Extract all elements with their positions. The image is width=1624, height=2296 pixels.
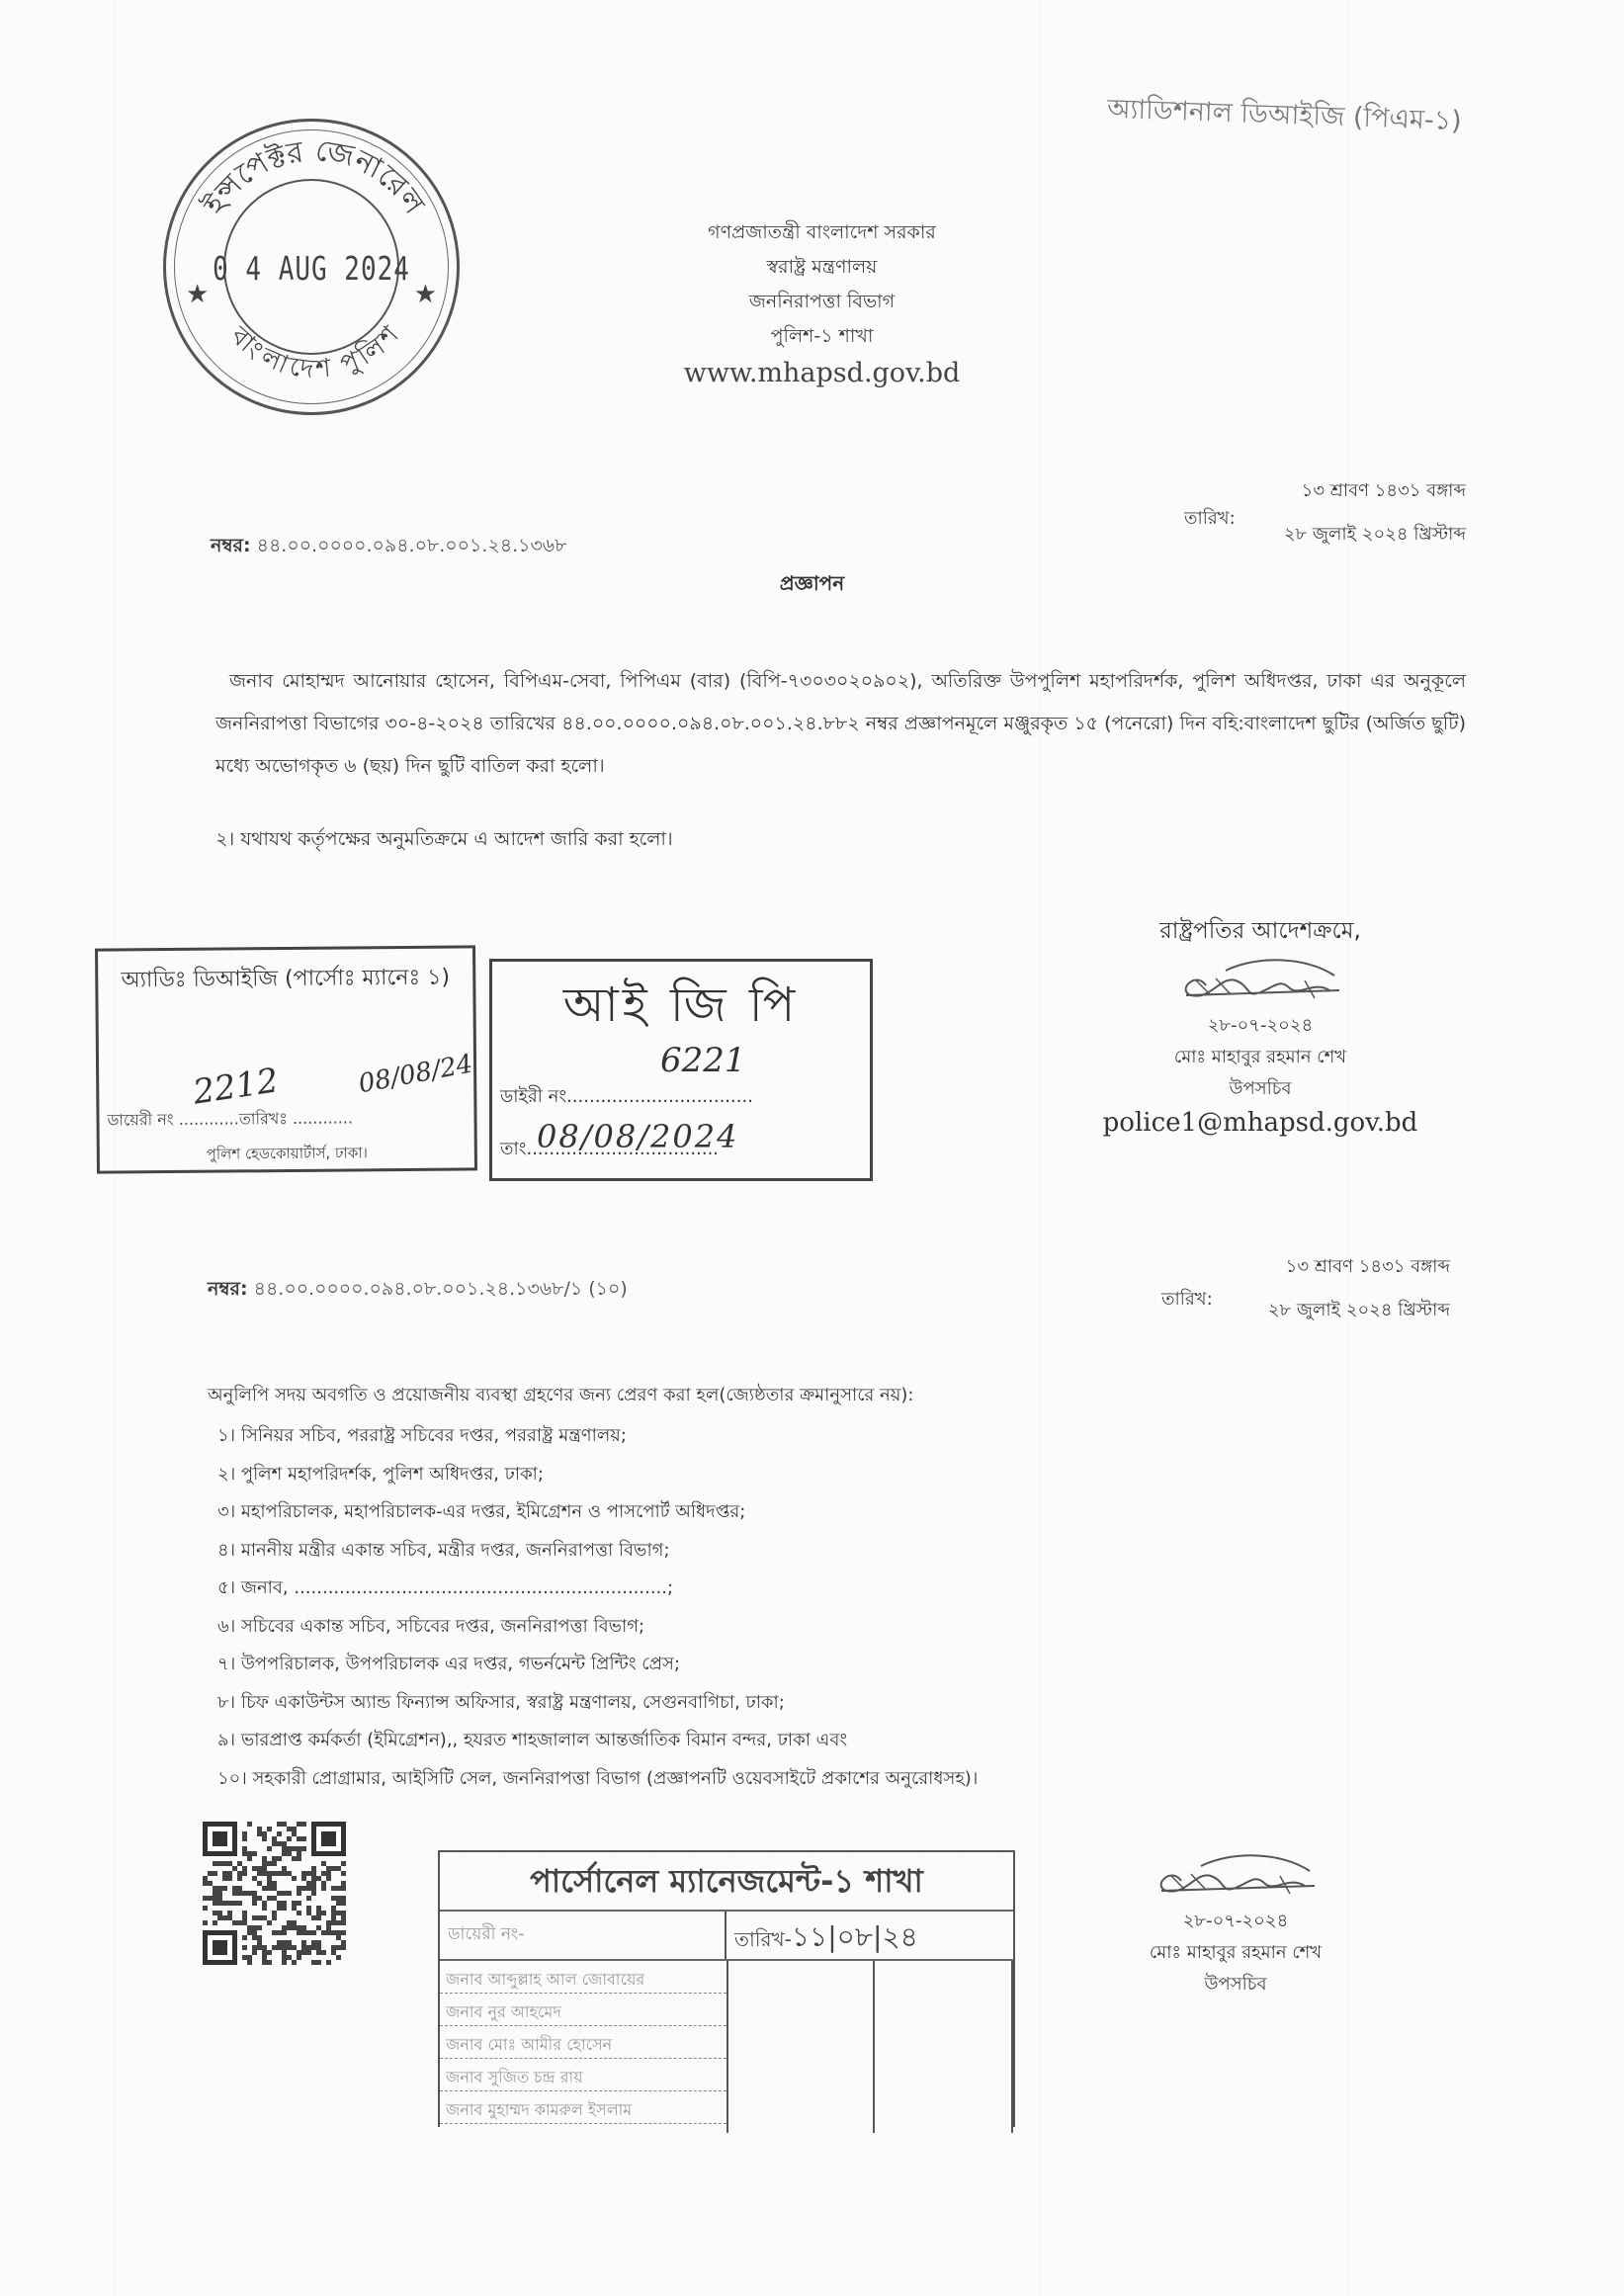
empty-column: [728, 1961, 875, 2133]
signature-block-copy: ২৮-০৭-২০২৪ মোঃ মাহাবুর রহমান শেখ উপসচিব: [1077, 1846, 1394, 2000]
diary-line: ডাইরী নং................................…: [500, 1082, 753, 1113]
officer-name: জনাব আব্দুল্লাহ আল জোবায়ের: [440, 1961, 727, 1994]
header-ministry: স্বরাষ্ট্র মন্ত্রণালয়: [0, 250, 1624, 285]
signature-date: ২৮-০৭-২০২৪: [1077, 1906, 1394, 1937]
signature-icon: [1166, 951, 1354, 1010]
stamp-title: পার্সোনেল ম্যানেজমেন্ট-১ শাখা: [440, 1852, 1013, 1912]
header-website[interactable]: www.mhapsd.gov.bd: [0, 354, 1624, 393]
list-item: ১০। সহকারী প্রোগ্রামার, আইসিটি সেল, জননি…: [217, 1760, 978, 1799]
signature-icon: [1142, 1846, 1329, 1906]
officer-name: জনাব নুর আহমেদ: [440, 1994, 727, 2026]
stamp-footer: পুলিশ হেডকোয়ার্টার্স, ঢাকা।: [100, 1141, 474, 1168]
body-paragraph: জনাব মোহাম্মদ আনোয়ার হোসেন, বিপিএম-সেবা…: [215, 660, 1466, 788]
reference-label: নম্বর:: [211, 535, 251, 556]
list-item: ৬। সচিবের একান্ত সচিব, সচিবের দপ্তর, জনন…: [217, 1608, 978, 1647]
date-bangla: ১৩ শ্রাবণ ১৪৩১ বঙ্গাব্দ: [1268, 1245, 1450, 1289]
header-branch: পুলিশ-১ শাখা: [0, 319, 1624, 354]
copy-recipient-list: ১। সিনিয়র সচিব, পররাষ্ট্র সচিবের দপ্তর,…: [217, 1417, 978, 1798]
personnel-management-stamp: পার্সোনেল ম্যানেজমেন্ট-১ শাখা ডায়েরী নং…: [438, 1850, 1015, 2127]
signature-date: ২৮-০৭-২০২৪: [1038, 1010, 1483, 1042]
date-bangla: ১৩ শ্রাবণ ১৪৩১ বঙ্গাব্দ: [1284, 469, 1466, 513]
date-gregorian: ২৮ জুলাই ২০২৪ খ্রিস্টাব্দ: [1284, 513, 1466, 556]
diary-line: ডায়েরী নং ............তারিখঃ ..........…: [107, 1105, 353, 1134]
date-gregorian: ২৮ জুলাই ২০২৪ খ্রিস্টাব্দ: [1268, 1289, 1450, 1332]
reference-number: ৪৪.০০.০০০০.০৯৪.০৮.০০১.২৪.১৩৬৮/১ (১০): [254, 1278, 628, 1300]
corner-stamp: অ্যাডিশনাল ডিআইজি (পিএম-১): [1106, 89, 1462, 145]
handwritten-date: ১১|০৮|২৪: [792, 1920, 918, 1953]
list-item: ১। সিনিয়র সচিব, পররাষ্ট্র সচিবের দপ্তর,…: [217, 1417, 978, 1456]
qr-code-icon[interactable]: [203, 1822, 346, 1965]
order-line: রাষ্ট্রপতির আদেশক্রমে,: [1038, 911, 1483, 951]
officer-name: জনাব মোঃ আমীর হোসেন: [440, 2026, 727, 2059]
officer-list: জনাব আব্দুল্লাহ আল জোবায়ের জনাব নুর আহম…: [440, 1961, 728, 2133]
handwritten-date: 08/08/24: [356, 1049, 474, 1099]
copy-date: ১৩ শ্রাবণ ১৪৩১ বঙ্গাব্দ ২৮ জুলাই ২০২৪ খ্…: [1268, 1245, 1450, 1332]
handwritten-diary-number: 6221: [660, 1041, 746, 1080]
signatory-email[interactable]: police1@mhapsd.gov.bd: [1038, 1105, 1483, 1141]
handwritten-date: 08/08/2024: [537, 1118, 738, 1155]
copy-intro: অনুলিপি সদয় অবগতি ও প্রয়োজনীয় ব্যবস্থ…: [208, 1381, 914, 1411]
government-header: গণপ্রজাতন্ত্রী বাংলাদেশ সরকার স্বরাষ্ট্র…: [0, 215, 1624, 393]
date-cell: তারিখ-১১|০৮|২৪: [727, 1912, 1013, 1959]
signatory-designation: উপসচিব: [1077, 1969, 1394, 2000]
diary-number-cell: ডায়েরী নং-: [440, 1912, 727, 1959]
svg-text:ইন্সপেক্টর জেনারেল: ইন্সপেক্টর জেনারেল: [197, 133, 432, 221]
reference-label: নম্বর:: [208, 1278, 248, 1300]
header-division: জননিরাপত্তা বিভাগ: [0, 285, 1624, 319]
list-item: ২। পুলিশ মহাপরিদর্শক, পুলিশ অধিদপ্তর, ঢা…: [217, 1456, 978, 1494]
signatory-name: মোঃ মাহাবুর রহমান শেখ: [1038, 1042, 1483, 1073]
signature-block: রাষ্ট্রপতির আদেশক্রমে, ২৮-০৭-২০২৪ মোঃ মা…: [1038, 911, 1483, 1141]
list-item: ৯। ভারপ্রাপ্ত কর্মকর্তা (ইমিগ্রেশন),, হয…: [217, 1722, 978, 1760]
stamp-header: অ্যাডিঃ ডিআইজি (পার্সোঃ ম্যানেঃ ১): [98, 960, 472, 999]
date-label: তারিখ-: [734, 1927, 792, 1951]
list-item: ৭। উপপরিচালক, উপপরিচালক এর দপ্তর, গভর্নম…: [217, 1646, 978, 1684]
stamp-header: আই জি পি: [492, 970, 870, 1048]
adig-receipt-stamp: অ্যাডিঃ ডিআইজি (পার্সোঃ ম্যানেঃ ১) 2212 …: [95, 945, 477, 1173]
seal-top-text: ইন্সপেক্টর জেনারেল: [197, 133, 432, 221]
copy-reference: নম্বর: ৪৪.০০.০০০০.০৯৪.০৮.০০১.২৪.১৩৬৮/১ (…: [208, 1275, 628, 1307]
officer-name: জনাব সুজিত চন্দ্র রায়: [440, 2059, 727, 2091]
list-item: ৮। চিফ একাউন্টস অ্যান্ড ফিন্যান্স অফিসার…: [217, 1684, 978, 1723]
list-item: ৪। মাননীয় মন্ত্রীর একান্ত সচিব, মন্ত্রী…: [217, 1532, 978, 1571]
igp-receipt-stamp: আই জি পি 6221 ডাইরী নং..................…: [489, 959, 873, 1181]
memo-reference: নম্বর: ৪৪.০০.০০০০.০৯৪.০৮.০০১.২৪.১৩৬৮: [211, 532, 566, 563]
officer-name: জনাব মুহাম্মদ কামরুল ইসলাম: [440, 2091, 727, 2124]
memo-date: ১৩ শ্রাবণ ১৪৩১ বঙ্গাব্দ ২৮ জুলাই ২০২৪ খ্…: [1284, 469, 1466, 556]
signatory-name: মোঃ মাহাবুর রহমান শেখ: [1077, 1937, 1394, 1969]
empty-column: [875, 1961, 1013, 2133]
date-label: তারিখ:: [1161, 1285, 1213, 1316]
header-government: গণপ্রজাতন্ত্রী বাংলাদেশ সরকার: [0, 215, 1624, 250]
list-item: ৩। মহাপরিচালক, মহাপরিচালক-এর দপ্তর, ইমিগ…: [217, 1493, 978, 1532]
signatory-designation: উপসচিব: [1038, 1073, 1483, 1105]
handwritten-diary-number: 2212: [191, 1061, 281, 1112]
order-paragraph: ২। যথাযথ কর্তৃপক্ষের অনুমতিক্রমে এ আদেশ …: [215, 825, 673, 857]
notice-title: প্রজ্ঞাপন: [0, 569, 1624, 602]
date-label: তারিখ:: [1184, 504, 1236, 535]
reference-number: ৪৪.০০.০০০০.০৯৪.০৮.০০১.২৪.১৩৬৮: [257, 535, 567, 556]
list-item: ৫। জনাব, ...............................…: [217, 1570, 978, 1608]
